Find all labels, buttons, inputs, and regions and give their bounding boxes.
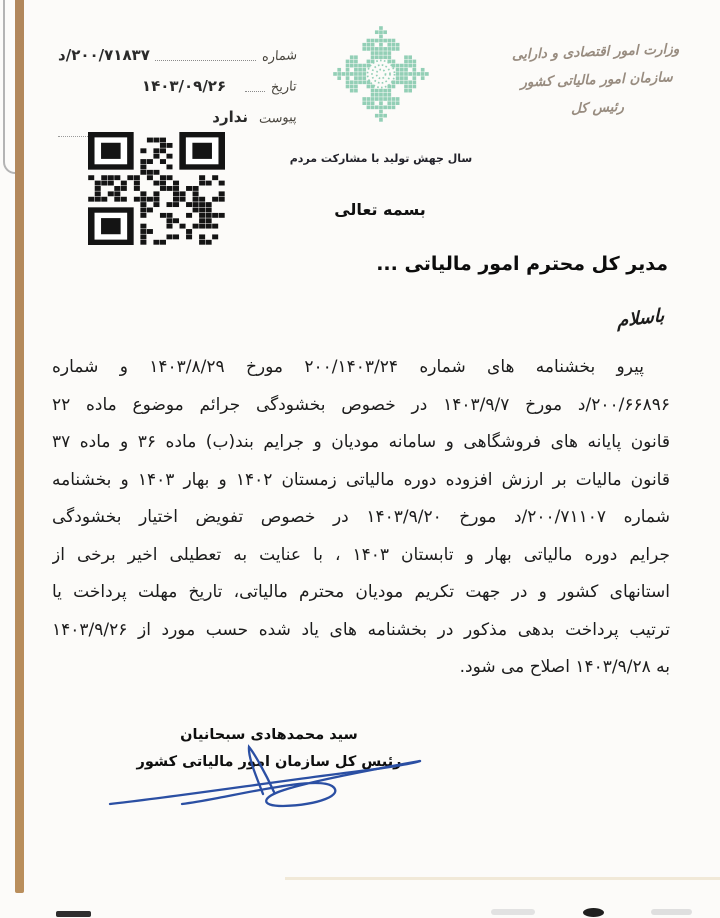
letter-meta: شماره ۲۰۰/۷۱۸۳۷/د تاریخ ۱۴۰۳/۰۹/۲۶ پیوست… [58,42,296,135]
meta-date-row: تاریخ ۱۴۰۳/۰۹/۲۶ [58,73,296,95]
body-line: شماره ۲۰۰/۷۱۱۰۷/د مورخ ۱۴۰۳/۹/۲۰ در خصوص… [52,499,670,537]
body-line: ۲۰۰/۶۶۸۹۶/د مورخ ۱۴۰۳/۹/۷ در خصوص بخشودگ… [52,387,670,425]
binding-strip [15,0,24,893]
letter-page: شماره ۲۰۰/۷۱۸۳۷/د تاریخ ۱۴۰۳/۰۹/۲۶ پیوست… [0,0,720,918]
number-label: شماره [259,48,297,65]
meta-attachment-row: پیوست ندارد [58,104,296,126]
qr-code [88,132,225,245]
attachment-value: ندارد [212,108,248,126]
dotted-line [155,60,256,61]
bismillah-heading: بسمه تعالی [278,200,482,219]
signature-scribble [102,740,428,818]
dotted-line [245,91,265,92]
body-line: به ۱۴۰۳/۹/۲۸ اصلاح می شود. [52,649,670,687]
clipped-ui-fragment [651,909,692,915]
recipient-line: مدیر کل محترم امور مالیاتی ... [376,253,668,275]
body-line: پیرو بخشنامه های شماره ۲۰۰/۱۴۰۳/۲۴ مورخ … [52,349,670,387]
salutation-handwriting: باسلام [617,305,664,332]
date-label: تاریخ [269,79,298,95]
body-line: قانون مالیات بر ارزش افزوده دوره مالیاتی… [52,462,670,500]
body-line: استانهای کشور و در جهت تکریم مودیان محتر… [52,574,670,612]
clipped-ui-fragment [56,911,91,917]
letter-body: پیرو بخشنامه های شماره ۲۰۰/۱۴۰۳/۲۴ مورخ … [52,349,670,687]
body-line: قانون پایانه های فروشگاهی و سامانه مودیا… [52,424,670,462]
letterhead-text: وزارت امور اقتصادی و دارایی سازمان امور … [488,34,706,125]
paper-edge-shadow [285,877,720,880]
body-line: ترتیب پرداخت بدهی مذکور در بخشنامه های ی… [52,612,670,650]
meta-number-row: شماره ۲۰۰/۷۱۸۳۷/د [58,42,296,64]
clipped-ui-fragment [491,909,535,915]
attachment-label: پیوست [257,110,297,127]
date-value: ۱۴۰۳/۰۹/۲۶ [142,77,226,95]
clipped-ui-fragment [583,908,604,917]
body-line: جرایم دوره مالیاتی بهار و تابستان ۱۴۰۳ ،… [52,537,670,575]
number-value: ۲۰۰/۷۱۸۳۷/د [58,46,150,64]
year-slogan: سال جهش تولید با مشارکت مردم [281,152,481,165]
tax-administration-emblem-icon [333,26,429,122]
